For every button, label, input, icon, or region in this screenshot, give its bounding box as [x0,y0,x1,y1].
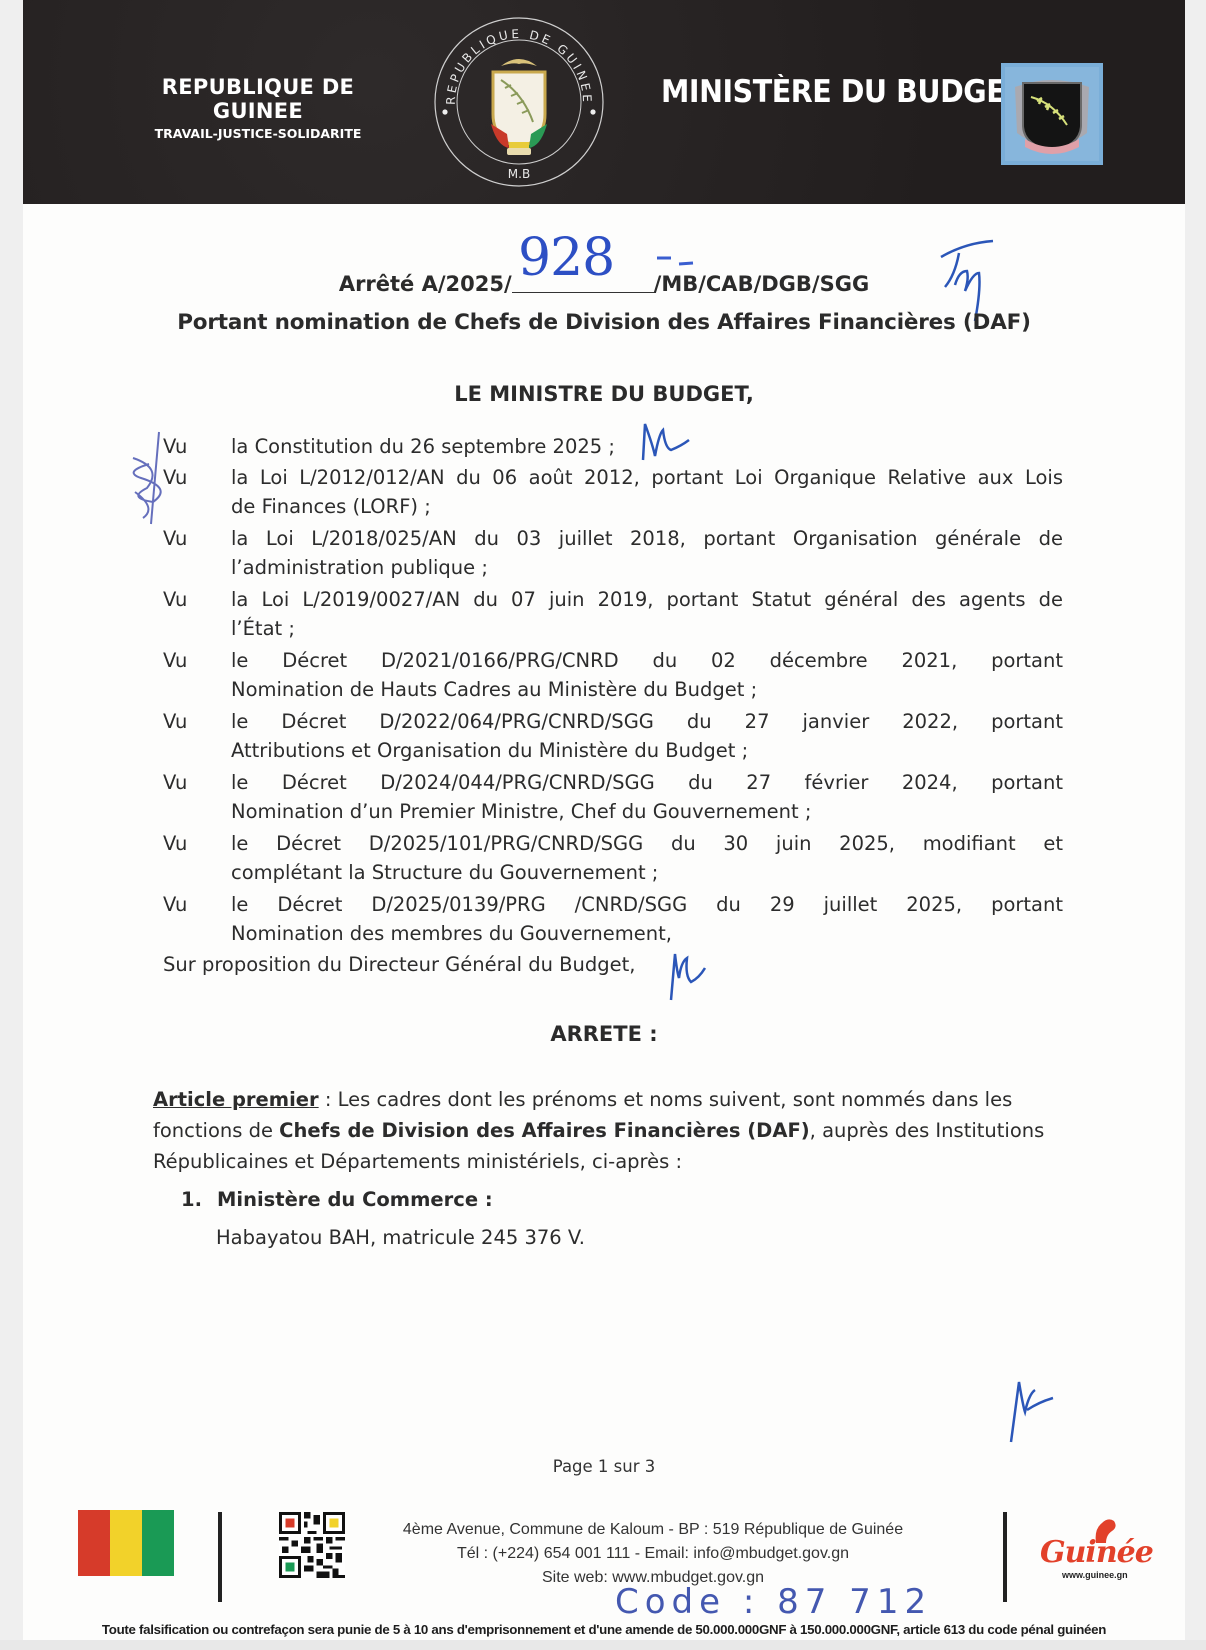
article-premier: Article premier : Les cadres dont les pr… [153,1084,1065,1177]
postal-address: 4ème Avenue, Commune de Kaloum - BP : 51… [353,1518,953,1542]
considerant-item: Vu le Décret D/2024/044/PRG/CNRD/SGG du … [163,768,1063,826]
vu-keyword: Vu [163,707,223,736]
handwritten-code: Code : 87 712 [615,1582,932,1622]
considerant-text-line1: le Décret D/2021/0166/PRG/CNRD du 02 déc… [231,646,1063,675]
footer-divider [1003,1512,1007,1602]
paraph-signature-icon [665,948,711,1002]
considerant-text-line1: le Décret D/2022/064/PRG/CNRD/SGG du 27 … [231,707,1063,736]
qr-code-icon [278,1512,346,1578]
paraph-signature-icon [637,420,697,464]
considerant-item: Vu la Constitution du 26 septembre 2025 … [163,432,1063,461]
vu-keyword: Vu [163,585,223,614]
considerant-text-line2: Nomination des membres du Gouvernement, [231,919,1063,948]
vu-keyword: Vu [163,829,223,858]
vu-keyword: Vu [163,646,223,675]
considerant-text-line2: Nomination de Hauts Cadres au Ministère … [231,675,1063,704]
vu-keyword: Vu [163,890,223,919]
article-bold-text: Chefs de Division des Affaires Financièr… [279,1119,810,1142]
considerant-text-line1: le Décret D/2025/101/PRG/CNRD/SGG du 30 … [231,829,1063,858]
handwritten-dashes [653,250,713,272]
institution-name: Ministère du Commerce : [217,1188,493,1211]
brand-url: www.guinee.gn [1062,1570,1128,1580]
anti-forgery-warning: Toute falsification ou contrefaçon sera … [23,1622,1185,1637]
considerant-text-line1: le Décret D/2025/0139/PRG /CNRD/SGG du 2… [231,890,1063,919]
considerant-text-line1: la Loi L/2019/0027/AN du 07 juin 2019, p… [231,585,1063,614]
scribble-signature-icon [113,428,183,528]
decree-subject: Portant nomination de Chefs de Division … [23,310,1185,335]
article-label: Article premier [153,1088,319,1111]
decree-prefix: Arrêté A/2025/ [339,272,512,296]
paraph-signature-icon [1003,1376,1073,1446]
vu-keyword: Vu [163,524,223,553]
brand-word: Guinée [1040,1535,1153,1570]
ministry-emblem-icon [1001,63,1103,165]
considerant-item: Vu le Décret D/2022/064/PRG/CNRD/SGG du … [163,707,1063,765]
ministry-contact-block: 4ème Avenue, Commune de Kaloum - BP : 51… [353,1518,953,1590]
considerant-item: Vu le Décret D/2025/0139/PRG /CNRD/SGG d… [163,890,1063,948]
considerant-item: Vu la Loi L/2012/012/AN du 06 août 2012,… [163,463,1063,521]
country-block: REPUBLIQUE DE GUINEE TRAVAIL-JUSTICE-SOL… [113,75,403,141]
nomination-institution: 1.Ministère du Commerce : [181,1188,493,1211]
proposal-line: Sur proposition du Directeur Général du … [163,953,636,976]
considerant-text-line2: complétant la Structure du Gouvernement … [231,858,1063,887]
considerant-item: Vu le Décret D/2025/101/PRG/CNRD/SGG du … [163,829,1063,887]
considerant-text-line2: de Finances (LORF) ; [231,492,1063,521]
handwritten-decree-number: 928 [518,228,614,288]
decree-suffix: /MB/CAB/DGB/SGG [654,272,870,296]
coat-of-arms-icon: REPUBLIQUE DE GUINEE M.B [431,14,607,190]
considerant-text-line2: l’État ; [231,614,1063,643]
scan-margin-right [1185,0,1206,1650]
page-indicator: Page 1 sur 3 [23,1457,1185,1476]
considerant-text-line1: la Loi L/2018/025/AN du 03 juillet 2018,… [231,524,1063,553]
document-page: REPUBLIQUE DE GUINEE TRAVAIL-JUSTICE-SOL… [23,0,1185,1640]
considerant-item: Vu la Loi L/2019/0027/AN du 07 juin 2019… [163,585,1063,643]
flag-yellow-band [110,1510,142,1576]
nominee-line: Habayatou BAH, matricule 245 376 V. [216,1226,585,1249]
footer-divider [218,1512,222,1602]
svg-text:M.B: M.B [508,167,530,181]
considerant-text-line2: Nomination d’un Premier Ministre, Chef d… [231,797,1063,826]
guinea-flag-icon [78,1510,174,1576]
flag-red-band [78,1510,110,1576]
scan-margin-left [0,0,23,1650]
ministry-title: MINISTÈRE DU BUDGET [661,74,1024,110]
scan-bottom-margin [0,1640,1206,1650]
considerant-text-line2: l’administration publique ; [231,553,1063,582]
considerant-item: Vu le Décret D/2021/0166/PRG/CNRD du 02 … [163,646,1063,704]
decision-heading: ARRETE : [23,1022,1185,1046]
issuing-authority: LE MINISTRE DU BUDGET, [23,382,1185,406]
phone-email: Tél : (+224) 654 001 111 - Email: info@m… [353,1542,953,1566]
letterhead-banner: REPUBLIQUE DE GUINEE TRAVAIL-JUSTICE-SOL… [23,0,1185,204]
national-motto: TRAVAIL-JUSTICE-SOLIDARITE [113,126,403,141]
vu-keyword: Vu [163,768,223,797]
considerant-text-line1: le Décret D/2024/044/PRG/CNRD/SGG du 27 … [231,768,1063,797]
considerant-text-line2: Attributions et Organisation du Ministèr… [231,736,1063,765]
nomination-number: 1. [181,1188,217,1211]
considerant-item: Vu la Loi L/2018/025/AN du 03 juillet 20… [163,524,1063,582]
considerant-text-line1: la Loi L/2012/012/AN du 06 août 2012, po… [231,463,1063,492]
guinee-brand-logo: Guinée www.guinee.gn [1038,1515,1158,1585]
flag-green-band [142,1510,174,1576]
country-name: REPUBLIQUE DE GUINEE [113,75,403,123]
